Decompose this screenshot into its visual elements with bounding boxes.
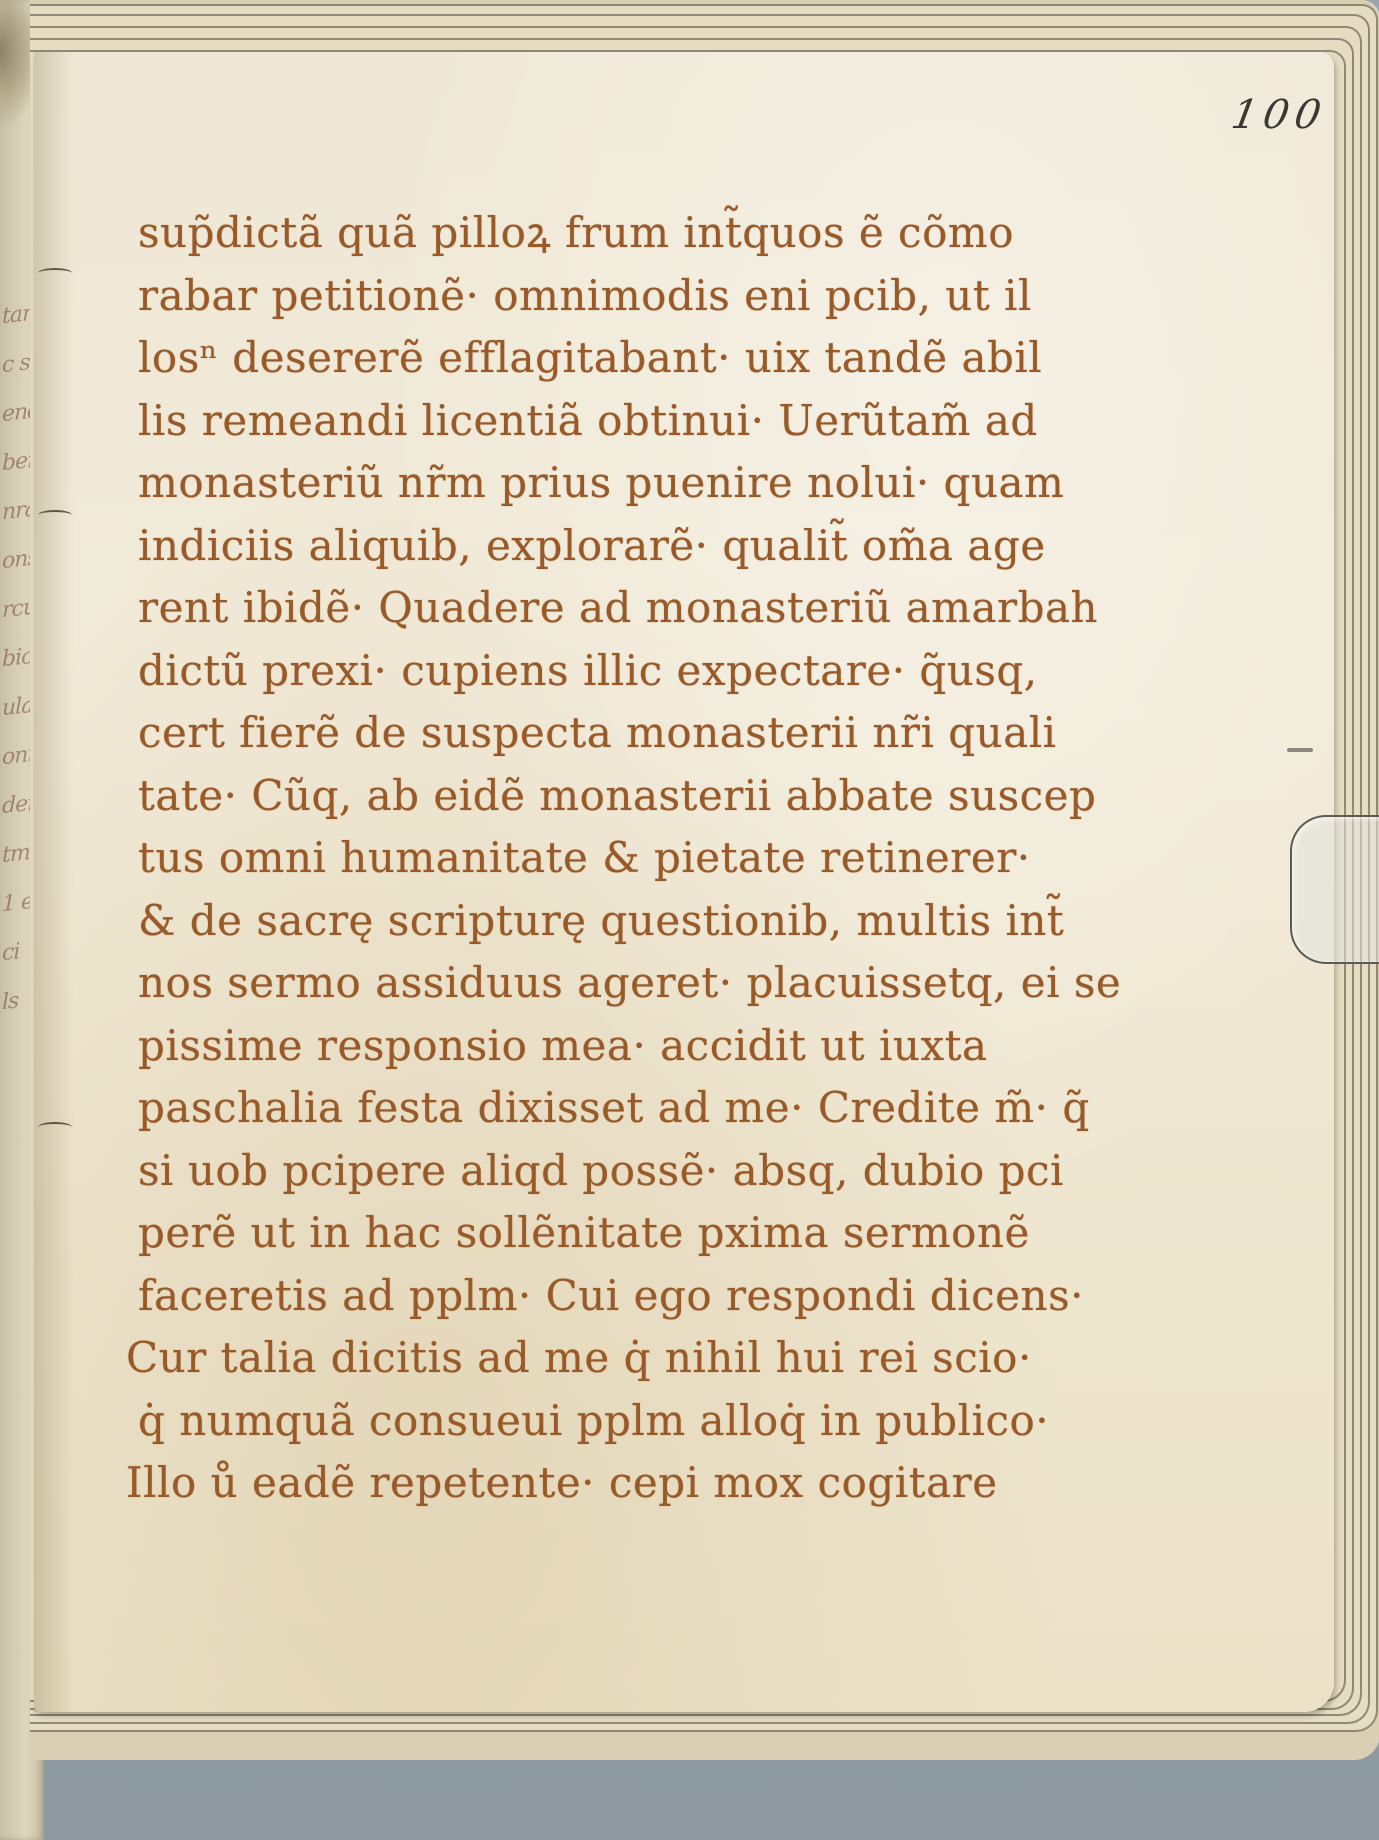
main-text-block: sup̃dictã quã pilloꝝ frum int̃quos ẽ cõm… (138, 202, 1238, 1515)
text-line: faceretis ad pplm· Cui ego respondi dice… (138, 1265, 1238, 1328)
binding-thread-icon (38, 268, 72, 278)
text-line: rent ibidẽ· Quadere ad monasteriũ amarba… (138, 577, 1238, 640)
manuscript-folio: 100 sup̃dictã quã pilloꝝ frum int̃quos ẽ… (34, 52, 1334, 1712)
text-line: sup̃dictã quã pilloꝝ frum int̃quos ẽ cõm… (138, 202, 1238, 265)
text-line: cert fierẽ de suspecta monasterii nr̃i q… (138, 702, 1238, 765)
text-line: si uob pcipere aliqd possẽ· absq, dubio … (138, 1140, 1238, 1203)
folio-number: 100 (1228, 92, 1330, 138)
text-line: indiciis aliquib, explorarẽ· qualit̃ om̃… (138, 515, 1238, 578)
binding-thread-icon (38, 1122, 72, 1132)
text-line: losⁿ desererẽ efflagitabant· uix tandẽ a… (138, 327, 1238, 390)
text-line: tus omni humanitate & pietate retinerer· (138, 827, 1238, 890)
text-line: paschalia festa dixisset ad me· Credite … (138, 1077, 1238, 1140)
text-line: monasteriũ nr̃m prius puenire nolui· qua… (138, 452, 1238, 515)
page-clip-weight (1290, 815, 1379, 964)
text-line: q̇ numquã consueui pplm alloq̇ in public… (138, 1390, 1238, 1453)
margin-mark (1287, 748, 1313, 752)
manuscript-scene: tant c sup endet bert nra onsi rcun bica… (0, 0, 1379, 1840)
text-line: nos sermo assiduus ageret· placuissetq, … (138, 952, 1238, 1015)
text-line: lis remeandi licentiã obtinui· Uerũtam̃ … (138, 390, 1238, 453)
text-line: tate· Cũq, ab eidẽ monasterii abbate sus… (138, 765, 1238, 828)
text-line: pissime responsio mea· accidit ut iuxta (138, 1015, 1238, 1078)
binding-thread-icon (38, 510, 72, 520)
text-line: Cur talia dicitis ad me q̇ nihil hui rei… (126, 1327, 1238, 1390)
text-line: & de sacrę scripturę questionib, multis … (138, 890, 1238, 953)
text-line: Illo ů eadẽ repetente· cepi mox cogitare (126, 1452, 1238, 1515)
text-line: rabar petitionẽ· omnimodis eni pcib, ut … (138, 265, 1238, 328)
text-line: perẽ ut in hac sollẽnitate pxima sermonẽ (138, 1202, 1238, 1265)
text-line: dictũ prexi· cupiens illic expectare· q̃… (138, 640, 1238, 703)
